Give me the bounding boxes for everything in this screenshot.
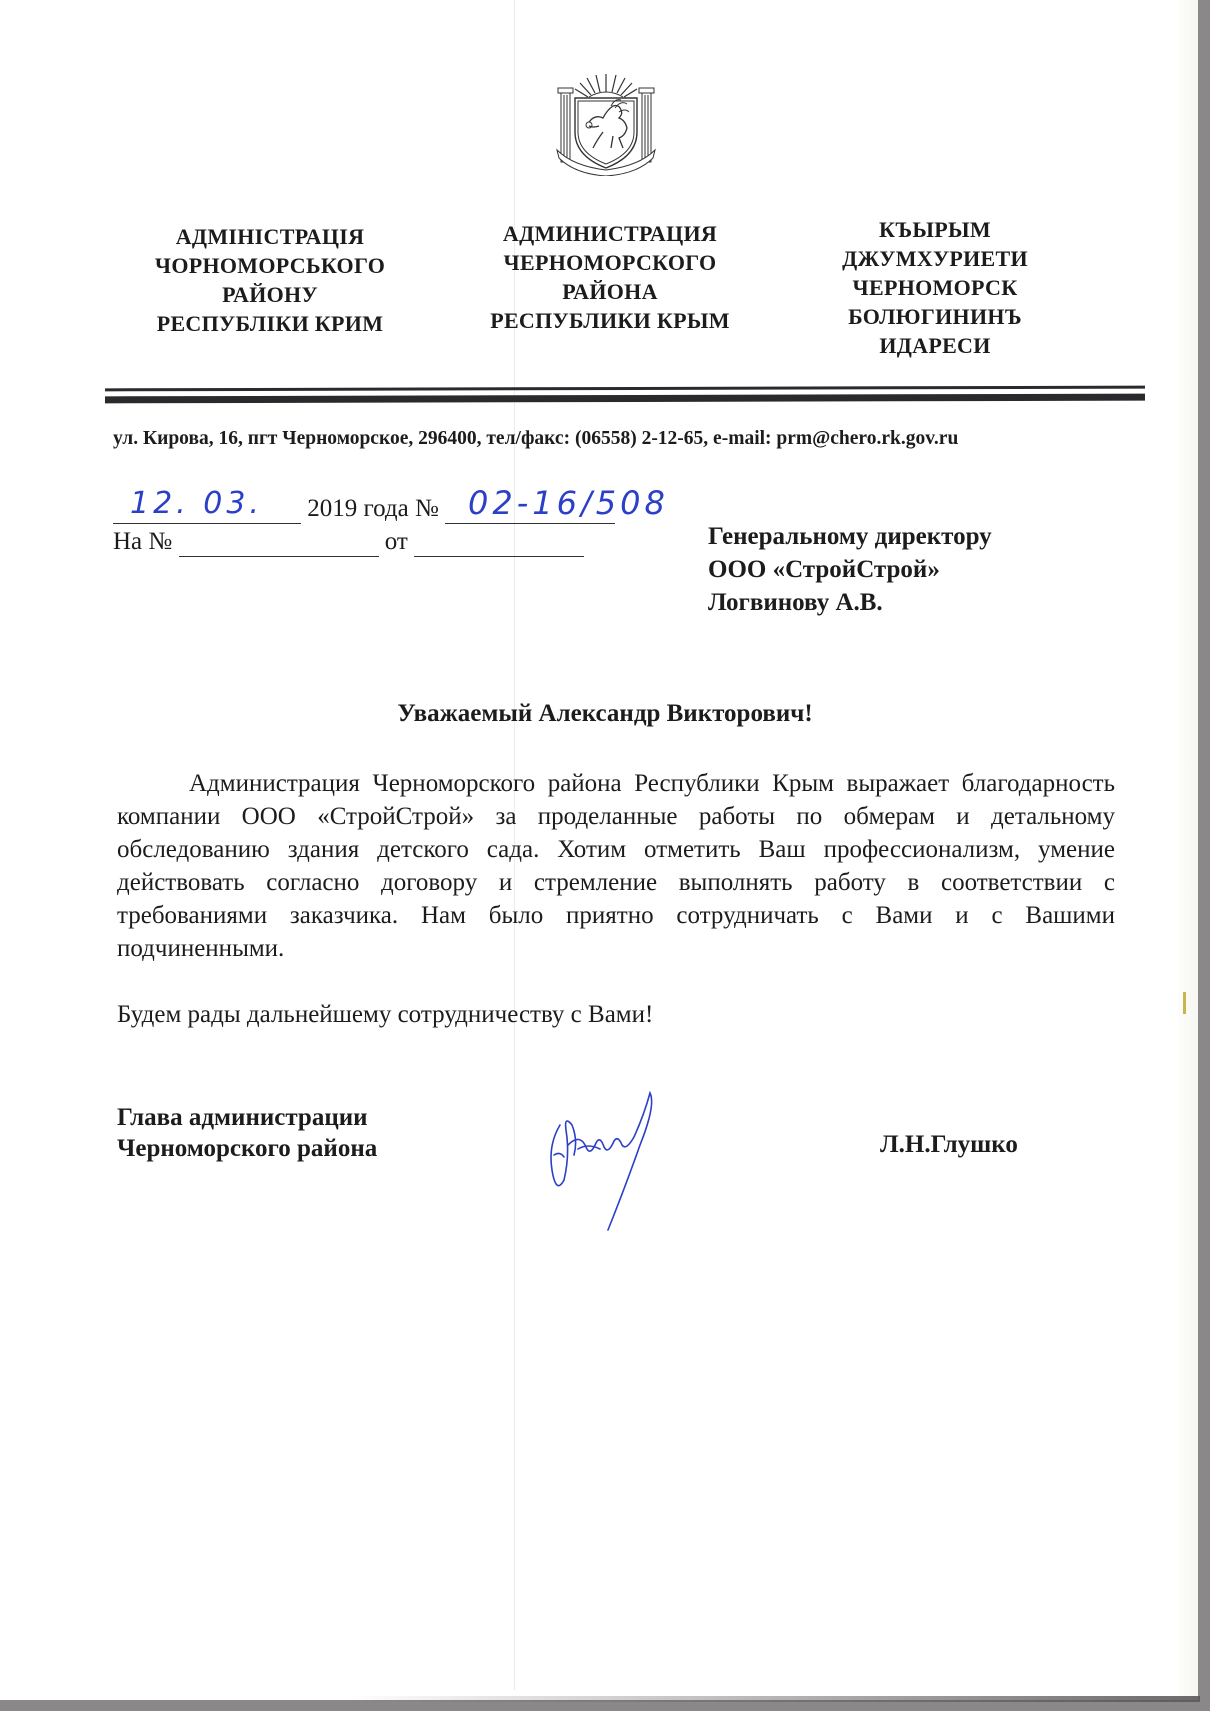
closing-line: Будем рады дальнейшему сотрудничеству с …	[117, 1001, 653, 1029]
header-line: АДМІНІСТРАЦІЯ	[130, 222, 410, 251]
page-edge-shadow	[1178, 0, 1198, 1700]
header-line: КЪЫРЫМ	[810, 215, 1060, 244]
ref-label: На №	[113, 528, 172, 555]
crimea-coat-of-arms-icon	[553, 70, 659, 176]
scan-artifact	[1183, 992, 1186, 1014]
header-line: РАЙОНА	[470, 277, 750, 306]
contact-address: ул. Кирова, 16, пгт Черноморское, 296400…	[113, 428, 958, 450]
handwritten-date: 12. 03.	[130, 486, 263, 521]
ref-date-field	[414, 528, 584, 557]
addressee-line: Логвинову А.В.	[708, 586, 992, 619]
signatory-title-line: Черноморского района	[117, 1133, 377, 1164]
from-label: от	[385, 528, 408, 555]
letter-page: АДМІНІСТРАЦІЯ ЧОРНОМОРСЬКОГО РАЙОНУ РЕСП…	[0, 0, 1198, 1700]
ref-number-field	[179, 528, 379, 557]
header-line: ЧОРНОМОРСЬКОГО	[130, 251, 410, 280]
header-line: РАЙОНУ	[130, 280, 410, 309]
header-line: АДМИНИСТРАЦИЯ	[470, 219, 750, 248]
addressee-line: ООО «СтройСтрой»	[708, 553, 992, 586]
header-line: ИДАРЕСИ	[810, 331, 1060, 360]
signatory-title: Глава администрации Черноморского района	[117, 1102, 377, 1164]
signatory-title-line: Глава администрации	[117, 1102, 377, 1133]
body-paragraph: Администрация Черноморского района Респу…	[117, 767, 1115, 965]
header-line: ЧЕРНОМОРСКОГО	[470, 248, 750, 277]
addressee-line: Генеральному директору	[708, 520, 992, 553]
header-russian: АДМИНИСТРАЦИЯ ЧЕРНОМОРСКОГО РАЙОНА РЕСПУ…	[470, 219, 750, 335]
header-ukrainian: АДМІНІСТРАЦІЯ ЧОРНОМОРСЬКОГО РАЙОНУ РЕСП…	[130, 222, 410, 338]
header-line: ЧЕРНОМОРСК	[810, 273, 1060, 302]
handwritten-signature	[530, 1085, 680, 1235]
header-line: БОЛЮГИНИНЪ	[810, 302, 1060, 331]
year-label: 2019 года №	[307, 495, 439, 522]
header-divider-thin	[105, 386, 1145, 392]
header-line: ДЖУМХУРИЕТИ	[810, 244, 1060, 273]
addressee-block: Генеральному директору ООО «СтройСтрой» …	[708, 520, 992, 619]
salutation: Уважаемый Александр Викторович!	[0, 700, 1210, 728]
signatory-name: Л.Н.Глушко	[880, 1131, 1018, 1159]
header-crimean-tatar: КЪЫРЫМ ДЖУМХУРИЕТИ ЧЕРНОМОРСК БОЛЮГИНИНЪ…	[810, 215, 1060, 360]
page-bottom-shadow	[350, 1696, 1200, 1702]
incoming-reference: На № от	[113, 528, 584, 557]
letter-body: Администрация Черноморского района Респу…	[117, 767, 1115, 965]
header-line: РЕСПУБЛІКИ КРИМ	[130, 309, 410, 338]
header-divider-thick	[105, 394, 1145, 404]
header-line: РЕСПУБЛИКИ КРЫМ	[470, 306, 750, 335]
handwritten-number: 02-16/508	[468, 484, 669, 522]
